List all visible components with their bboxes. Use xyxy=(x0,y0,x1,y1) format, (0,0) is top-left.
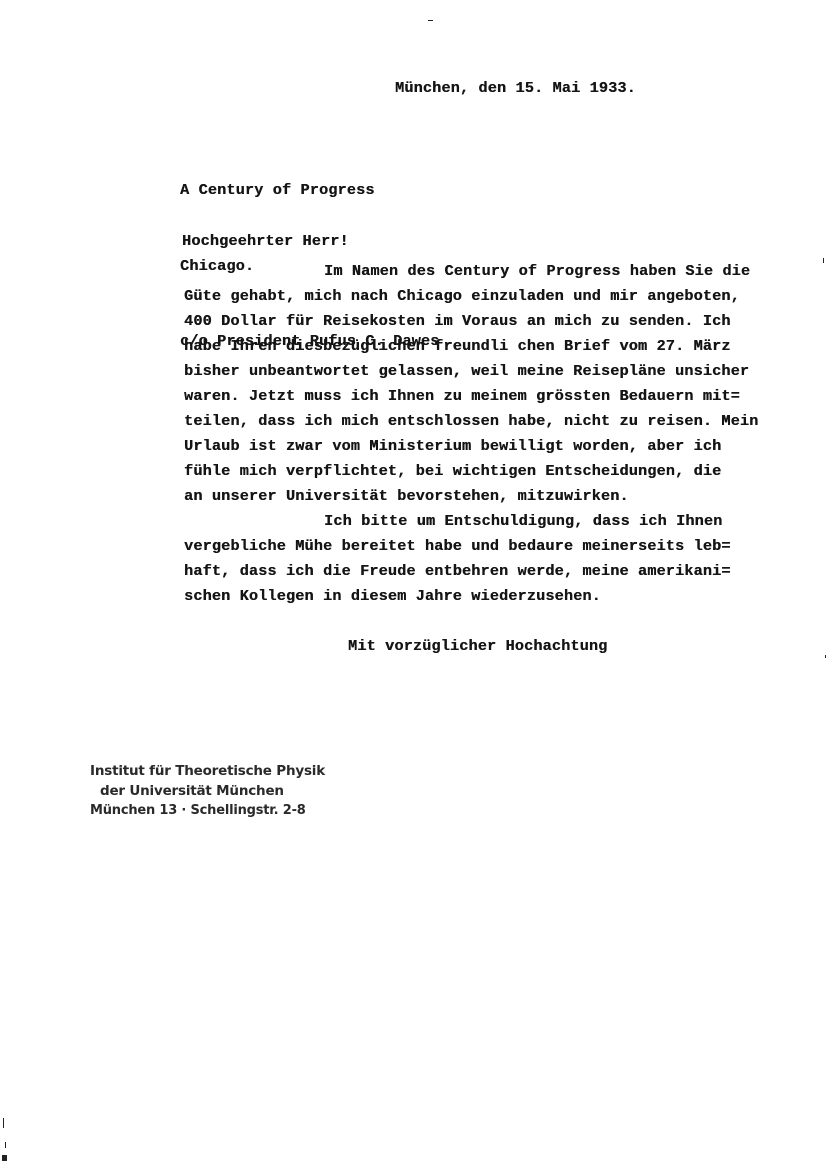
letter-page: München, den 15. Mai 1933. A Century of … xyxy=(0,0,831,1169)
letter-body: Im Namen des Century of Progress haben S… xyxy=(184,259,758,609)
date-line: München, den 15. Mai 1933. xyxy=(395,76,636,101)
body-line: bisher unbeantwortet gelassen, weil mein… xyxy=(184,359,758,384)
body-line: teilen, dass ich mich entschlossen habe,… xyxy=(184,409,758,434)
scan-speck xyxy=(5,1142,6,1148)
body-line: habe Ihren diesbezüglichen freundli chen… xyxy=(184,334,758,359)
scan-speck xyxy=(825,655,826,658)
body-line: waren. Jetzt muss ich Ihnen zu meinem gr… xyxy=(184,384,758,409)
scan-speck xyxy=(428,20,433,21)
body-line: fühle mich verpflichtet, bei wichtigen E… xyxy=(184,459,758,484)
scan-speck xyxy=(2,1155,7,1161)
closing: Mit vorzüglicher Hochachtung xyxy=(348,634,607,659)
scan-speck xyxy=(3,1118,4,1128)
body-line: Güte gehabt, mich nach Chicago einzulade… xyxy=(184,284,758,309)
body-line: Ich bitte um Entschuldigung, dass ich Ih… xyxy=(184,509,758,534)
scan-speck xyxy=(823,258,824,263)
stamp-line: München 13 · Schellingstr. 2-8 xyxy=(90,801,330,821)
body-line: Urlaub ist zwar vom Ministerium bewillig… xyxy=(184,434,758,459)
salutation: Hochgeehrter Herr! xyxy=(182,229,349,254)
body-line: vergebliche Mühe bereitet habe und bedau… xyxy=(184,534,758,559)
body-line: haft, dass ich die Freude entbehren werd… xyxy=(184,559,758,584)
body-line: Im Namen des Century of Progress haben S… xyxy=(184,259,758,284)
body-line: schen Kollegen in diesem Jahre wiederzus… xyxy=(184,584,758,609)
institute-stamp: Institut für Theoretische Physik der Uni… xyxy=(90,761,330,821)
body-line: an unserer Universität bevorstehen, mitz… xyxy=(184,484,758,509)
recipient-line: A Century of Progress xyxy=(180,178,439,204)
stamp-line: der Universität München xyxy=(90,781,330,801)
body-line: 400 Dollar für Reisekosten im Voraus an … xyxy=(184,309,758,334)
stamp-line: Institut für Theoretische Physik xyxy=(90,761,330,781)
